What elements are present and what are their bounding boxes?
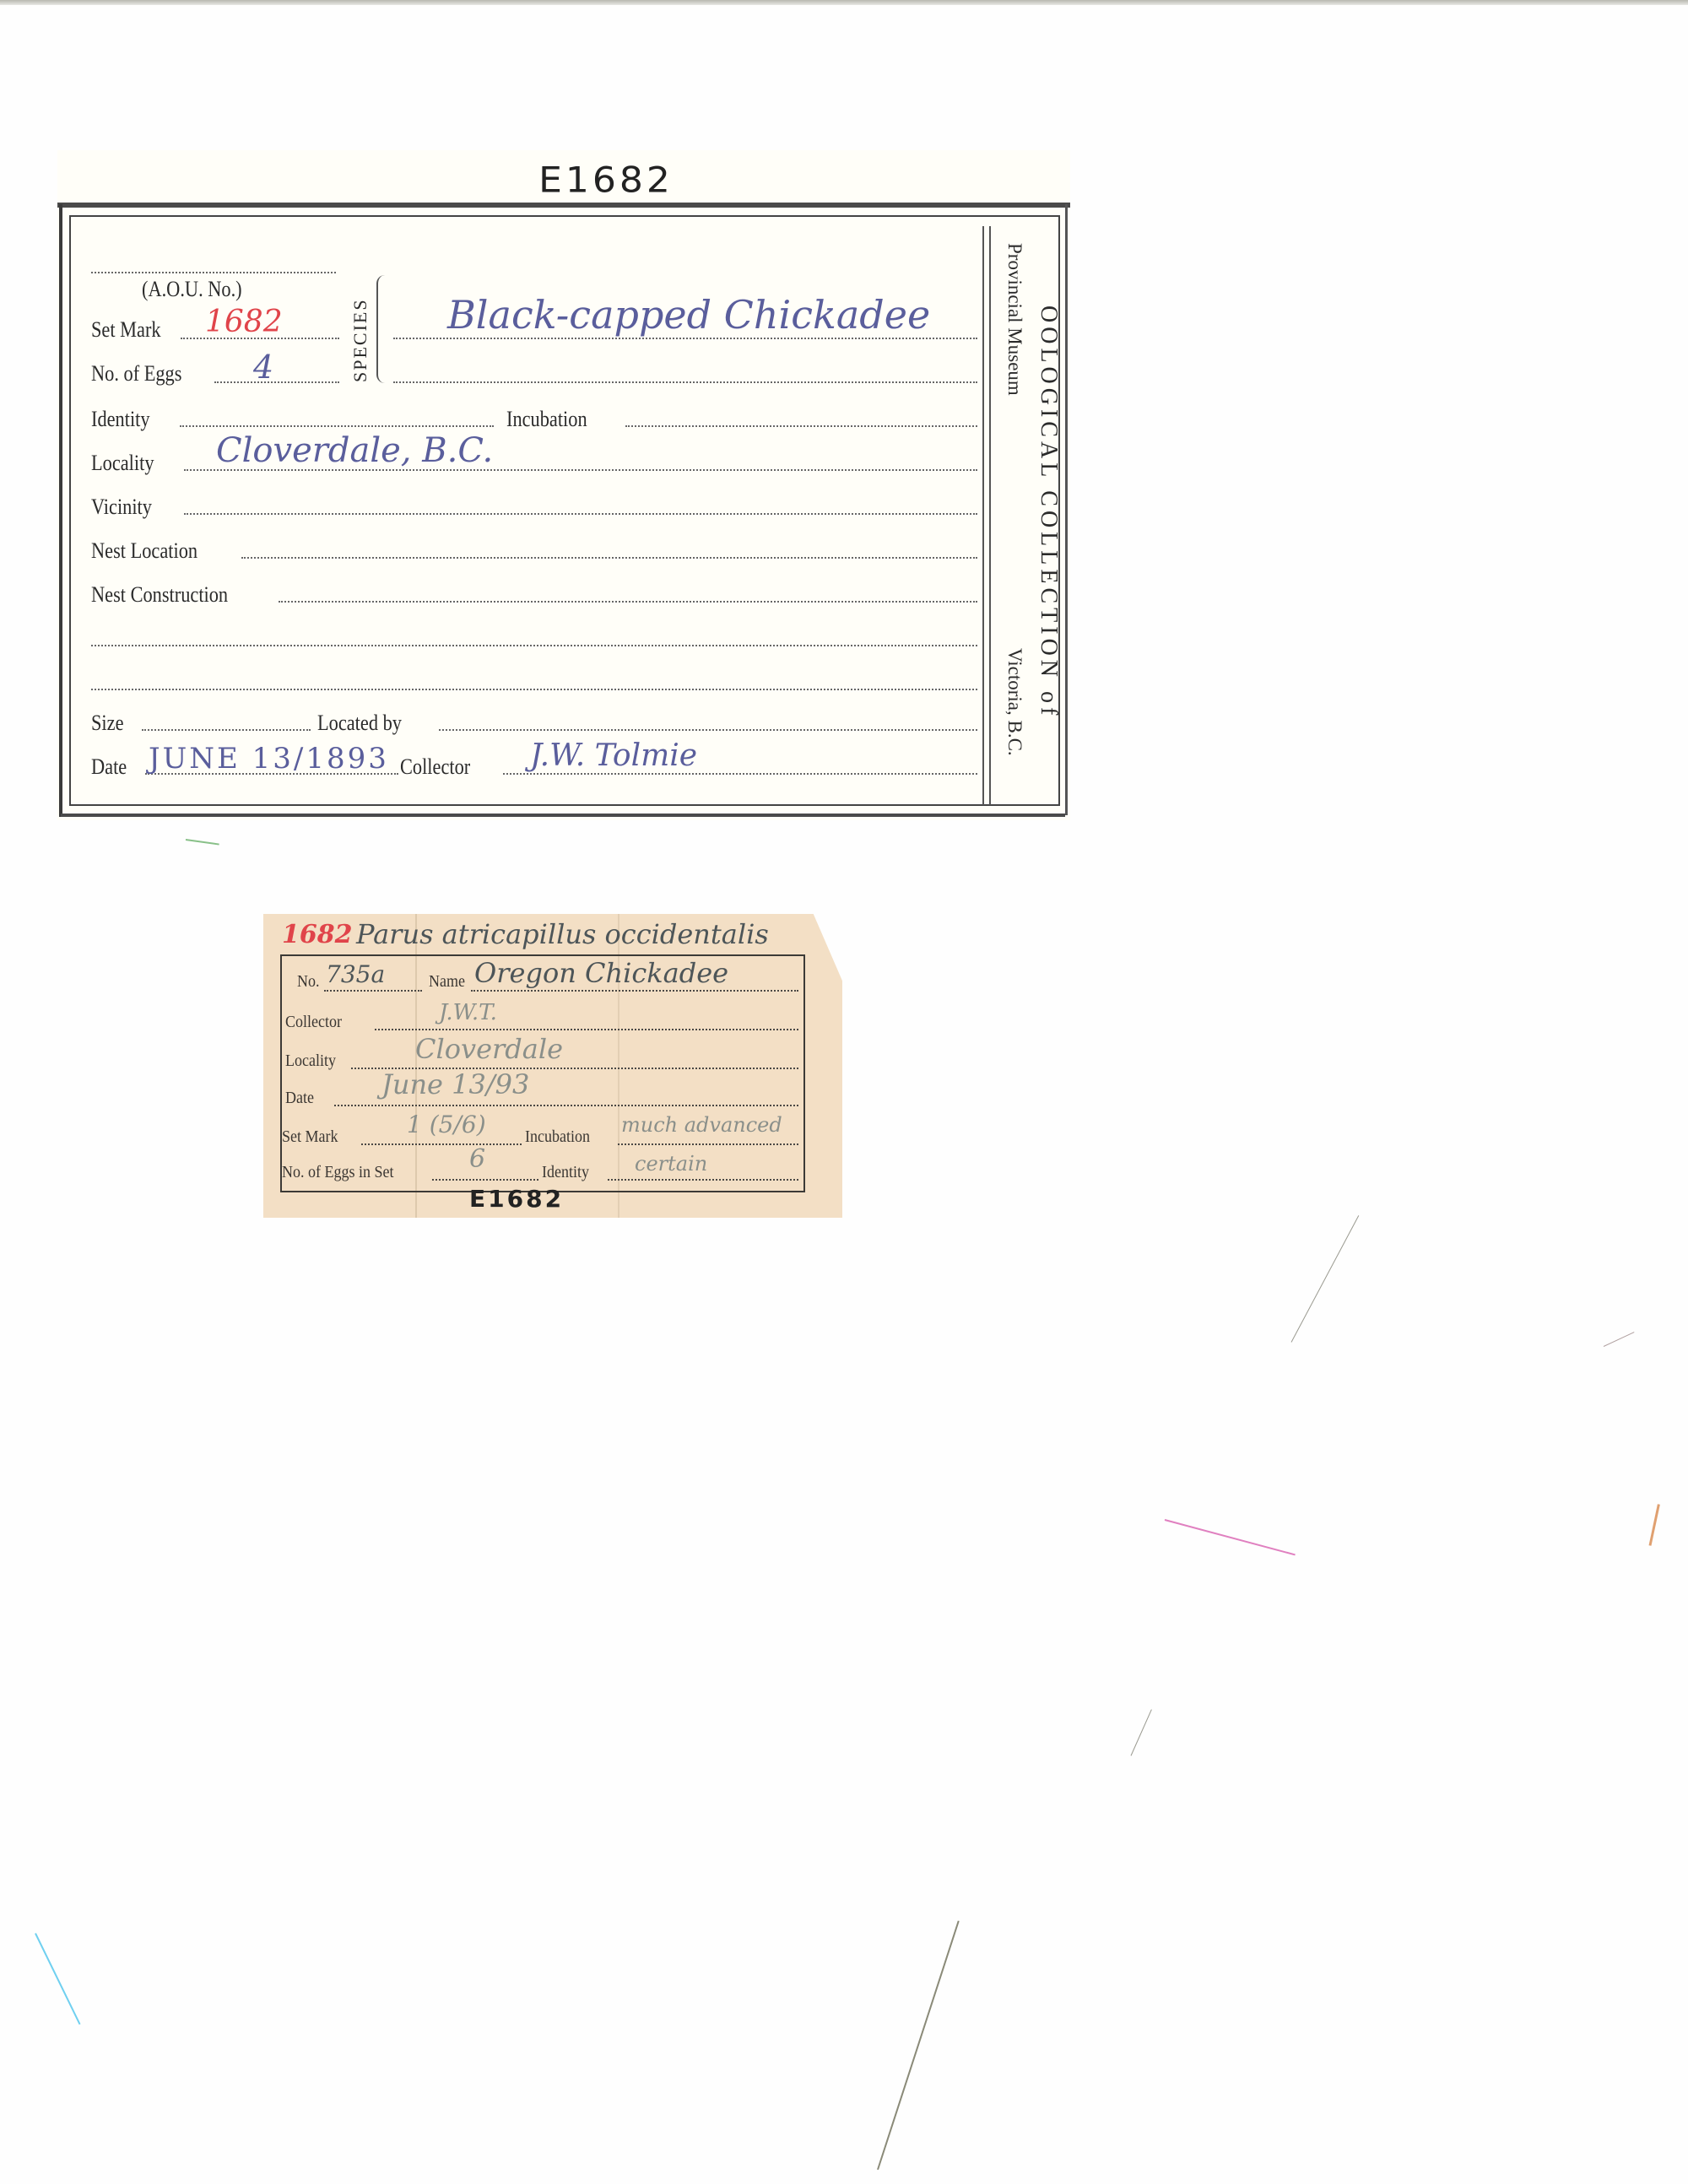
scan-mark bbox=[1649, 1504, 1660, 1546]
side-divider-line bbox=[989, 226, 991, 805]
set-mark-line[interactable] bbox=[361, 1143, 522, 1145]
scan-mark bbox=[1604, 1332, 1635, 1347]
date-value: June 13/93 bbox=[381, 1071, 529, 1098]
incubation-value: much advanced bbox=[621, 1115, 782, 1135]
aou-label: (A.O.U. No.) bbox=[142, 278, 242, 300]
collector-label: Collector bbox=[285, 1014, 342, 1030]
scan-mark bbox=[186, 839, 219, 846]
nest-construction-label: Nest Construction bbox=[91, 584, 228, 606]
set-mark-value: 1 (5/6) bbox=[407, 1113, 486, 1137]
nest-location-line[interactable] bbox=[241, 557, 977, 559]
collector-line[interactable] bbox=[375, 1029, 798, 1030]
nest-location-label: Nest Location bbox=[91, 540, 197, 562]
scientific-name: Parus atricapillus occidentalis bbox=[356, 921, 769, 948]
card-border-right bbox=[1065, 204, 1068, 815]
incubation-line[interactable] bbox=[625, 425, 977, 427]
card-border-top bbox=[57, 203, 1070, 208]
date-label: Date bbox=[285, 1089, 314, 1106]
side-museum-label: Provincial Museum bbox=[1005, 243, 1025, 396]
species-label: SPECIES bbox=[351, 298, 370, 382]
identity-line[interactable] bbox=[608, 1179, 798, 1181]
scan-mark bbox=[1165, 1519, 1296, 1555]
oological-collection-card: E1682 (A.O.U. No.) Set Mark 1682 No. of … bbox=[57, 150, 1070, 820]
side-collection-title: OOLOGICAL COLLECTION of bbox=[1036, 305, 1060, 719]
date-value: JUNE 13/1893 bbox=[149, 744, 389, 773]
scan-mark bbox=[1291, 1215, 1360, 1343]
located-by-label: Located by bbox=[317, 712, 402, 734]
notes-line-1[interactable] bbox=[91, 645, 977, 646]
set-mark-label: Set Mark bbox=[91, 319, 161, 341]
scan-mark bbox=[877, 1921, 960, 2170]
catalog-number: E1682 bbox=[469, 1187, 564, 1211]
nest-construction-line[interactable] bbox=[279, 601, 977, 603]
side-divider-line bbox=[982, 226, 984, 805]
set-mark-label: Set Mark bbox=[282, 1128, 338, 1145]
eggs-in-set-label: No. of Eggs in Set bbox=[282, 1164, 393, 1181]
aou-number-line[interactable] bbox=[91, 272, 336, 273]
vicinity-line[interactable] bbox=[184, 513, 977, 515]
locality-value: Cloverdale, B.C. bbox=[216, 434, 493, 468]
species-line-2[interactable] bbox=[393, 381, 977, 383]
species-brace bbox=[376, 275, 385, 383]
scan-mark bbox=[35, 1933, 80, 2025]
incubation-line[interactable] bbox=[618, 1143, 798, 1145]
eggs-in-set-value: 6 bbox=[469, 1147, 485, 1172]
old-egg-label-card: 1682 Parus atricapillus occidentalis No.… bbox=[263, 914, 842, 1218]
locality-value: Cloverdale bbox=[415, 1035, 563, 1062]
identity-value: certain bbox=[635, 1154, 707, 1174]
no-label: No. bbox=[297, 973, 320, 990]
identity-line[interactable] bbox=[180, 425, 494, 427]
scan-edge-strip bbox=[0, 0, 1688, 5]
scan-mark bbox=[1131, 1709, 1152, 1755]
no-line[interactable] bbox=[324, 990, 422, 992]
no-value: 735a bbox=[326, 963, 385, 987]
collector-value: J.W.T. bbox=[439, 1002, 497, 1024]
species-line-1[interactable] bbox=[393, 338, 977, 339]
incubation-label: Incubation bbox=[525, 1128, 590, 1145]
species-value: Black-capped Chickadee bbox=[447, 295, 930, 334]
collector-label: Collector bbox=[400, 756, 470, 778]
set-mark-value: 1682 bbox=[205, 307, 283, 338]
identity-label: Identity bbox=[542, 1164, 589, 1181]
no-of-eggs-line[interactable] bbox=[214, 381, 339, 383]
set-number-red: 1682 bbox=[282, 922, 353, 948]
collector-line[interactable] bbox=[503, 773, 977, 775]
card-border-left bbox=[59, 204, 62, 817]
card-border-bottom bbox=[61, 814, 1065, 817]
no-of-eggs-value: 4 bbox=[253, 351, 273, 383]
date-label: Date bbox=[91, 756, 127, 778]
incubation-label: Incubation bbox=[506, 408, 587, 430]
side-place-label: Victoria, B.C. bbox=[1005, 648, 1025, 756]
catalog-number: E1682 bbox=[479, 159, 733, 200]
collector-value: J.W. Tolmie bbox=[530, 741, 697, 771]
date-line[interactable] bbox=[334, 1105, 798, 1106]
no-of-eggs-label: No. of Eggs bbox=[91, 363, 181, 385]
size-line[interactable] bbox=[142, 729, 311, 731]
name-value: Oregon Chickadee bbox=[474, 960, 728, 987]
notes-line-2[interactable] bbox=[91, 689, 977, 690]
identity-label: Identity bbox=[91, 408, 150, 430]
located-by-line[interactable] bbox=[439, 729, 977, 731]
vicinity-label: Vicinity bbox=[91, 496, 152, 518]
name-label: Name bbox=[429, 973, 465, 990]
name-line[interactable] bbox=[471, 990, 798, 992]
locality-label: Locality bbox=[285, 1052, 336, 1069]
locality-label: Locality bbox=[91, 452, 154, 474]
size-label: Size bbox=[91, 712, 123, 734]
eggs-in-set-line[interactable] bbox=[432, 1179, 538, 1181]
